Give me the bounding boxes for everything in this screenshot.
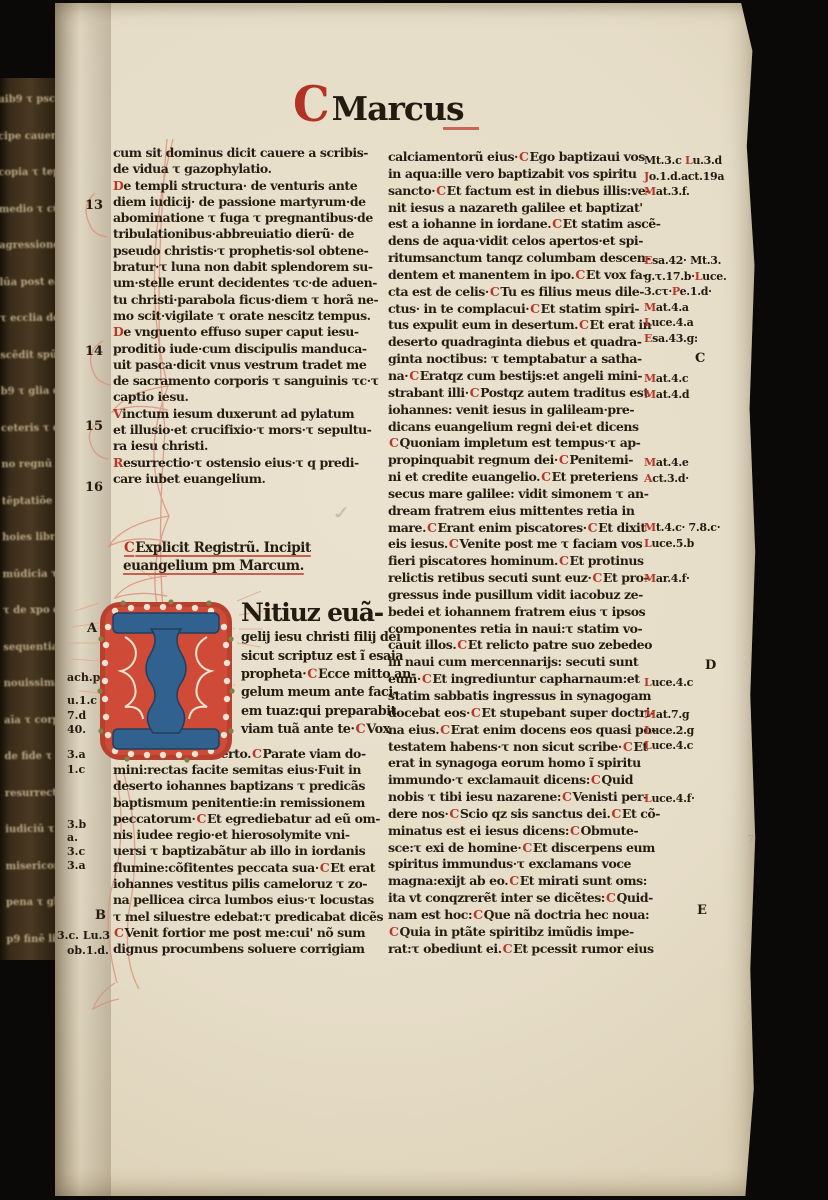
capitulum-mark: C [293, 80, 330, 128]
text-line: deserto iohannes baptizans τ predicãs [113, 778, 397, 794]
capitulum-mark: C [551, 216, 563, 231]
text-line: gressus inde pusillum vidit iacobuz ze- [388, 587, 670, 604]
text-line: immundo·τ exclamauit dicens:CQuid [388, 772, 670, 789]
rubricated-letter: L [685, 154, 692, 167]
capitulum-mark: C [574, 267, 586, 282]
citation: Luce.4.c [644, 738, 694, 754]
text-line: iohannes vestitus pilis cameloruz τ zo- [113, 876, 397, 892]
text-line: tēptatiōe τ p [2, 483, 56, 520]
text-line: bedei et iohannem fratrem eius τ ipsos [388, 604, 670, 621]
citation-clipped: 3.c [67, 845, 85, 858]
text-line: CQuia in ptãte spiritibz imũdis impe- [388, 924, 670, 941]
rubricated-letter: V [113, 406, 122, 421]
citation-clipped: 3.a [67, 859, 86, 872]
citation: Mat.4.e [644, 455, 689, 471]
incipit-first-line: Nitiuz euã- [241, 597, 397, 629]
citation-group: Mat.4.eAct.3.d· [644, 455, 689, 486]
text-line: nouissima de [4, 666, 56, 703]
book-photograph: { "colors":{"page":"#e8dfca","ink":"#261… [0, 0, 828, 1200]
text-line: cum sit dominus dicit cauere a scribis- [113, 145, 397, 161]
text-line: iudiciū τ de [5, 812, 56, 849]
text-line: ctus· in te complacui·CEt statim spiri- [388, 301, 670, 318]
text-line: in aqua:ille vero baptizabit vos spiritu [388, 166, 670, 183]
citation: Luce.4.f· [644, 791, 695, 807]
text-line: est a iohanne in iordane.CEt statim ascẽ… [388, 216, 670, 233]
capitulum-mark: C [591, 570, 603, 585]
citation-group: Mat.4.cMat.4.d [644, 371, 689, 402]
capitulum-mark: C [569, 823, 581, 838]
text-line: calciamentorũ eius·CEgo baptizaui vos [388, 149, 670, 166]
capitulum-mark: C [521, 840, 533, 855]
red-underline [443, 127, 479, 130]
capitulum-mark: C [421, 671, 433, 686]
text-line: pena τ gloria [6, 885, 56, 922]
text-line: aīa τ corpe τ [4, 702, 56, 739]
capitulum-mark: C [355, 722, 367, 737]
text-line: CVenit fortior me post me:cui' nõ sum [113, 925, 397, 941]
citation-clipped: 3.a [67, 748, 86, 761]
citation: Esa.42· Mt.3. [644, 253, 726, 269]
capitulum-mark: C [561, 789, 573, 804]
quire-number: 14 [85, 344, 103, 359]
rubricated-letter: R [113, 455, 123, 470]
text-line: et illusio·et crucifixio·τ mors·τ sepult… [113, 422, 397, 438]
citation: Mat.3.f. [644, 184, 724, 200]
citation: 3.cτ·Pe.1.d· [644, 284, 726, 300]
citation: Mat.4.d [644, 387, 689, 403]
text-line: secus mare galilee: vidit simonem τ an- [388, 486, 670, 503]
capitulum-mark: C [502, 941, 514, 956]
quire-number: 13 [85, 198, 103, 213]
citation-clipped: 3.c. Lu.3 [57, 929, 110, 942]
rubricated-letter: D [113, 178, 123, 193]
capitulum-mark: C [578, 317, 590, 332]
text-line: τ ecclia de la [0, 301, 56, 338]
text-line: tus expulit eum in desertum.CEt erat in [388, 317, 670, 334]
capitulum-mark: C [388, 924, 400, 939]
pencil-check-mark: ✓ [330, 501, 353, 523]
capitulum-mark: C [540, 469, 552, 484]
rubricated-letter: L [695, 270, 702, 283]
text-line: dignus procumbens soluere corrigiam [113, 941, 397, 957]
edge-text-illegible: uib9 τ pscribcipe cauera τcopia τ teplum… [0, 82, 56, 959]
capitulum-mark: C [426, 520, 438, 535]
rubricated-letter: M [644, 185, 656, 198]
text-line: na·CEratqz cum bestijs:et angeli mini- [388, 368, 670, 385]
text-line: dens de aqua·vidit celos apertos·et spi- [388, 233, 670, 250]
text-line: dream fratrem eius mittentes retia in [388, 503, 670, 520]
text-line: mini:rectas facite semitas eius·Fuit in [113, 762, 397, 778]
capitulum-mark: C [558, 452, 570, 467]
text-line: de vidua τ gazophylatio. [113, 161, 397, 177]
citation: Mat.4.a [644, 300, 726, 316]
text-line: sequentia τ [3, 629, 56, 666]
capitulum-mark: C [448, 806, 460, 821]
text-line: uib9 τ pscrib [0, 82, 56, 119]
text-line: proditio iude·cum discipulis manduca- [113, 341, 397, 357]
citation: g.τ.17.b·Luce. [644, 269, 726, 285]
text-line: medio τ cū di [0, 191, 56, 228]
text-line: spiritus immundus·τ exclamans voce [388, 856, 670, 873]
capitulum-mark: C [469, 385, 481, 400]
citation-clipped: 7.d [67, 709, 86, 722]
capitulum-mark: C [113, 925, 125, 940]
rubricated-letter: E [644, 254, 652, 267]
capitulum-mark: C [529, 301, 541, 316]
section-letter-B: B [95, 908, 106, 923]
text-line: abominatione τ fuga τ pregnantibus·de [113, 210, 397, 226]
citation-group: Esa.42· Mt.3.g.τ.17.b·Luce.3.cτ·Pe.1.d·M… [644, 253, 726, 347]
citation: Luce.4.c [644, 675, 693, 691]
citation: Luce.4.a [644, 315, 726, 331]
rubricated-letter: A [644, 472, 652, 485]
text-line: mo scit·vigilate τ orate nescitz tempus. [113, 308, 397, 324]
text-line: na pellicea circa lumbos eius·τ locustas [113, 892, 397, 908]
capitulum-mark: C [435, 183, 447, 198]
text-line: bratur·τ luna non dabit splendorem su- [113, 259, 397, 275]
manuscript-page: CMarcus 13141516ABach.pu.1.c7.d40.3.a1.c… [55, 3, 758, 1196]
rubricated-letter: D [113, 324, 123, 339]
citation: Mar.4.f· [644, 571, 690, 587]
text-line: propheta·CEcce mitto an- [241, 666, 397, 684]
rubricated-letter: E [644, 332, 652, 345]
text-line: em tuaz:qui preparabit [241, 703, 397, 721]
rubricated-letter: M [644, 372, 656, 385]
capitulum-mark: C [123, 540, 135, 556]
capitulum-mark: C [388, 435, 400, 450]
text-line: euangelium pm Marcum. [123, 557, 397, 575]
citation-clipped: 3.b [67, 818, 86, 831]
rubricated-letter: L [644, 676, 651, 689]
rubric-explicit-incipit: CExplicit Registrũ. Incipiteuangelium pm… [123, 539, 397, 575]
citation-clipped: ach.p [67, 671, 100, 684]
text-line: fieri piscatores hominum.CEt protinus [388, 553, 670, 570]
text-line: de fide τ de [4, 739, 56, 776]
text-line: na eius.CErat enim docens eos quasi po- [388, 722, 670, 739]
text-line: mūdicia τ de [2, 556, 56, 593]
rubricated-letter: M [644, 572, 656, 585]
capitulum-mark: C [587, 520, 599, 535]
capitulum-mark: C [558, 553, 570, 568]
text-line: peccatorum·CEt egrediebatur ad eũ om- [113, 811, 397, 827]
citation: Esa.43.g: [644, 331, 726, 347]
capitulum-mark: C [472, 907, 484, 922]
citation-group: Mt.4.c· 7.8.c·Luce.5.b [644, 520, 720, 551]
capitulum-mark: C [489, 284, 501, 299]
text-line: flumine:cõfitentes peccata sua·CEt erat [113, 860, 397, 876]
capitulum-mark: C [195, 811, 207, 826]
citation-group: Mar.4.f· [644, 571, 690, 587]
citation: Mt.3.c Lu.3.d [644, 153, 724, 169]
quire-number: 15 [85, 419, 103, 434]
text-line: mare.CErant enim piscatores·CEt dixit [388, 520, 670, 537]
text-line: cipe cauera τ [0, 118, 56, 155]
text-line: iohannes: venit iesus in galileam·pre- [388, 402, 670, 419]
rubricated-letter: P [672, 285, 680, 298]
capitulum-mark: C [590, 772, 602, 787]
citation: Mat.4.c [644, 371, 689, 387]
text-line: b9 τ glia dei [0, 374, 56, 411]
pencil-number: 76 [747, 833, 761, 846]
text-line: scēdit spūs τ [0, 337, 56, 374]
text-line: diem iudicij· de passione martyrum·de [113, 194, 397, 210]
capitulum-mark: C [518, 149, 530, 164]
citation-group: Mt.3.c Lu.3.dJo.1.d.act.19aMat.3.f. [644, 153, 724, 200]
text-line: ita vt conqzrerẽt inter se dicẽtes:CQuid… [388, 890, 670, 907]
decorated-initial-I [97, 599, 235, 763]
citation: Luce.2.g [644, 723, 694, 739]
text-line: de sacramento corporis τ sanguinis τc·τ [113, 373, 397, 389]
text-line: minatus est ei iesus dicens:CObmute- [388, 823, 670, 840]
book-spine-page-edge: uib9 τ pscribcipe cauera τcopia τ teplum… [0, 78, 56, 960]
text-line: ginta noctibus: τ temptabatur a satha- [388, 351, 670, 368]
page-header: CMarcus [293, 81, 553, 133]
text-line: deserto quadraginta diebus et quadra- [388, 334, 670, 351]
rubricated-letter: L [644, 724, 651, 737]
text-line: Vinctum iesum duxerunt ad pylatum [113, 406, 397, 422]
rubricated-letter: M [644, 521, 656, 534]
text-line: dere nos·CScio qz sis sanctus dei.CEt cõ… [388, 806, 670, 823]
text-line: viam tuã ante te·CVox [241, 721, 397, 739]
capitulum-mark: C [306, 667, 318, 682]
citation-group: Luce.4.f· [644, 791, 695, 807]
rubricated-letter: M [644, 456, 656, 469]
text-line: care iubet euangelium. [113, 471, 397, 487]
capitulum-mark: C [508, 873, 520, 888]
text-line: tribulationibus·abbreuiatio dierũ· de [113, 226, 397, 242]
capitulum-mark: C [610, 806, 622, 821]
incipit-continued: clamantis in deserto.CParate viam do-min… [113, 746, 397, 958]
text-line: lūa post eā τ [0, 264, 56, 301]
text-line: eum·CEt ingrediuntur capharnaum:et [388, 671, 670, 688]
rubricated-letter: L [644, 537, 651, 550]
text-line: nis iudee regio·et hierosolymite vni- [113, 827, 397, 843]
text-line: magna:exijt ab eo.CEt mirati sunt oms: [388, 873, 670, 890]
text-line: pseudo christis·τ prophetis·sol obtene- [113, 243, 397, 259]
page-title: Marcus [332, 89, 464, 128]
text-line: baptismum penitentie:in remissionem [113, 795, 397, 811]
text-line: sce:τ exi de homine·CEt discerpens eum [388, 840, 670, 857]
text-line: statim sabbatis ingressus in synagogam [388, 688, 670, 705]
text-line: uit pasca·dicit vnus vestrum tradet me [113, 357, 397, 373]
text-line: relictis retibus secuti sunt euz·CEt pro… [388, 570, 670, 587]
text-line: sicut scriptuz est ĩ esaia [241, 648, 397, 666]
text-line: agressione τ [0, 228, 56, 265]
text-line: testatem habens·τ non sicut scribe·CEt [388, 739, 670, 756]
capitulum-mark: C [448, 536, 460, 551]
text-line: gelij iesu christi filij dei [241, 629, 397, 647]
text-line: copia τ teplu [0, 155, 56, 192]
text-line: no regnū dei [1, 447, 56, 484]
citation-clipped: ob.1.d. [67, 944, 109, 957]
right-margin-refs: Mt.3.c Lu.3.dJo.1.d.act.19aMat.3.f.Esa.4… [640, 3, 758, 1196]
capitulum-mark: C [251, 746, 263, 761]
text-line: CExplicit Registrũ. Incipit [123, 539, 397, 557]
capitulum-mark: C [470, 705, 482, 720]
text-line: rat:τ obediunt ei.CEt pcessit rumor eius [388, 941, 670, 958]
text-line: nam est hoc:CQue nã doctria hec noua: [388, 907, 670, 924]
citation: Luce.5.b [644, 536, 720, 552]
section-letter-E: E [697, 903, 707, 918]
text-line: CQuoniam impletum est tempus·τ ap- [388, 435, 670, 452]
capitulum-mark: C [319, 860, 331, 875]
text-line: nit iesus a nazareth galilee et baptizat… [388, 200, 670, 217]
text-line: misericordia [5, 848, 56, 885]
rubricated-letter: L [644, 739, 651, 752]
text-line: gelum meum ante faci- [241, 684, 397, 702]
text-line: uersi τ baptizabãtur ab illo in iordanis [113, 843, 397, 859]
citation: Mt.4.c· 7.8.c· [644, 520, 720, 536]
text-line: resurrectiōe [5, 775, 56, 812]
section-letter-A: A [87, 621, 97, 636]
rubricated-letter: M [644, 301, 656, 314]
rubricated-letter: L [644, 792, 651, 805]
capitulum-mark: C [622, 739, 634, 754]
text-line: τ mel siluestre edebat:τ predicabat dicẽ… [113, 909, 397, 925]
text-line: ceteris τ de [1, 410, 56, 447]
left-text-column: cum sit dominus dicit cauere a scribis-d… [113, 145, 397, 958]
citation-group: Luce.4.c [644, 675, 693, 691]
citation-clipped: 1.c [67, 763, 85, 776]
citation-clipped: 40. [67, 723, 86, 736]
text-line: ra iesu christi. [113, 438, 397, 454]
text-line: eis iesus.CVenite post me τ faciam vos [388, 536, 670, 553]
chapter-summary: cum sit dominus dicit cauere a scribis-d… [113, 145, 397, 487]
citation: Mat.7.g [644, 707, 694, 723]
quire-number: 16 [85, 480, 103, 495]
text-line: Resurrectio·τ ostensio eius·τ q predi- [113, 455, 397, 471]
citation: Act.3.d· [644, 471, 689, 487]
text-line: docebat eos·CEt stupebant super doctri- [388, 705, 670, 722]
text-line: componentes retia in naui:τ statim vo- [388, 621, 670, 638]
text-line: p9 finē libri [6, 921, 56, 958]
text-line: erat in synagoga eorum homo ĩ spiritu [388, 755, 670, 772]
text-line: um·stelle erunt decidentes τc·de aduen- [113, 275, 397, 291]
rubricated-letter: J [644, 170, 649, 183]
text-line: cauit illos.CEt relicto patre suo zebede… [388, 637, 670, 654]
text-line: captio iesu. [113, 389, 397, 405]
citation-clipped: a. [67, 831, 78, 844]
text-line: De vnguento effuso super caput iesu- [113, 324, 397, 340]
text-line: ni et credite euangelio.CEt preteriens [388, 469, 670, 486]
capitulum-mark: C [605, 890, 617, 905]
citation: Jo.1.d.act.19a [644, 169, 724, 185]
text-line: ritumsanctum tanqz columbam descen- [388, 250, 670, 267]
text-line: hoies libro τ [2, 520, 56, 557]
rubricated-letter: M [644, 708, 656, 721]
text-line: cta est de celis·CTu es filius meus dile… [388, 284, 670, 301]
gospel-incipit: Nitiuz euã- gelij iesu christi filij dei… [113, 597, 397, 957]
text-line: τ de xpo dno [3, 593, 56, 630]
text-line: dentem et manentem in ipo.CEt vox fa- [388, 267, 670, 284]
text-line: nobis τ tibi iesu nazarene:CVenisti per- [388, 789, 670, 806]
incipit-beside-initial: gelij iesu christi filij deisicut script… [241, 629, 397, 739]
text-line: in naui cum mercennarijs: secuti sunt [388, 654, 670, 671]
text-line: De templi structura· de venturis ante [113, 178, 397, 194]
right-text-column: calciamentorũ eius·CEgo baptizaui vosin … [388, 149, 670, 958]
capitulum-mark: C [456, 637, 468, 652]
text-line: strabant illi·CPostqz autem traditus est [388, 385, 670, 402]
capitulum-mark: C [439, 722, 451, 737]
capitulum-mark: C [408, 368, 420, 383]
text-line: tu christi·parabola ficus·diem τ horã ne… [113, 292, 397, 308]
citation-group: Mat.7.gLuce.2.gLuce.4.c [644, 707, 694, 754]
rubricated-letter: M [644, 388, 656, 401]
text-line: sancto·CEt factum est in diebus illis:ve… [388, 183, 670, 200]
citation-clipped: u.1.c [67, 694, 97, 707]
section-letter-D: D [705, 658, 716, 673]
text-line: propinquabit regnum dei·CPenitemi- [388, 452, 670, 469]
section-letter-C: C [695, 351, 705, 366]
rubricated-letter: L [644, 316, 651, 329]
text-line: dicans euangelium regni dei·et dicens [388, 419, 670, 436]
